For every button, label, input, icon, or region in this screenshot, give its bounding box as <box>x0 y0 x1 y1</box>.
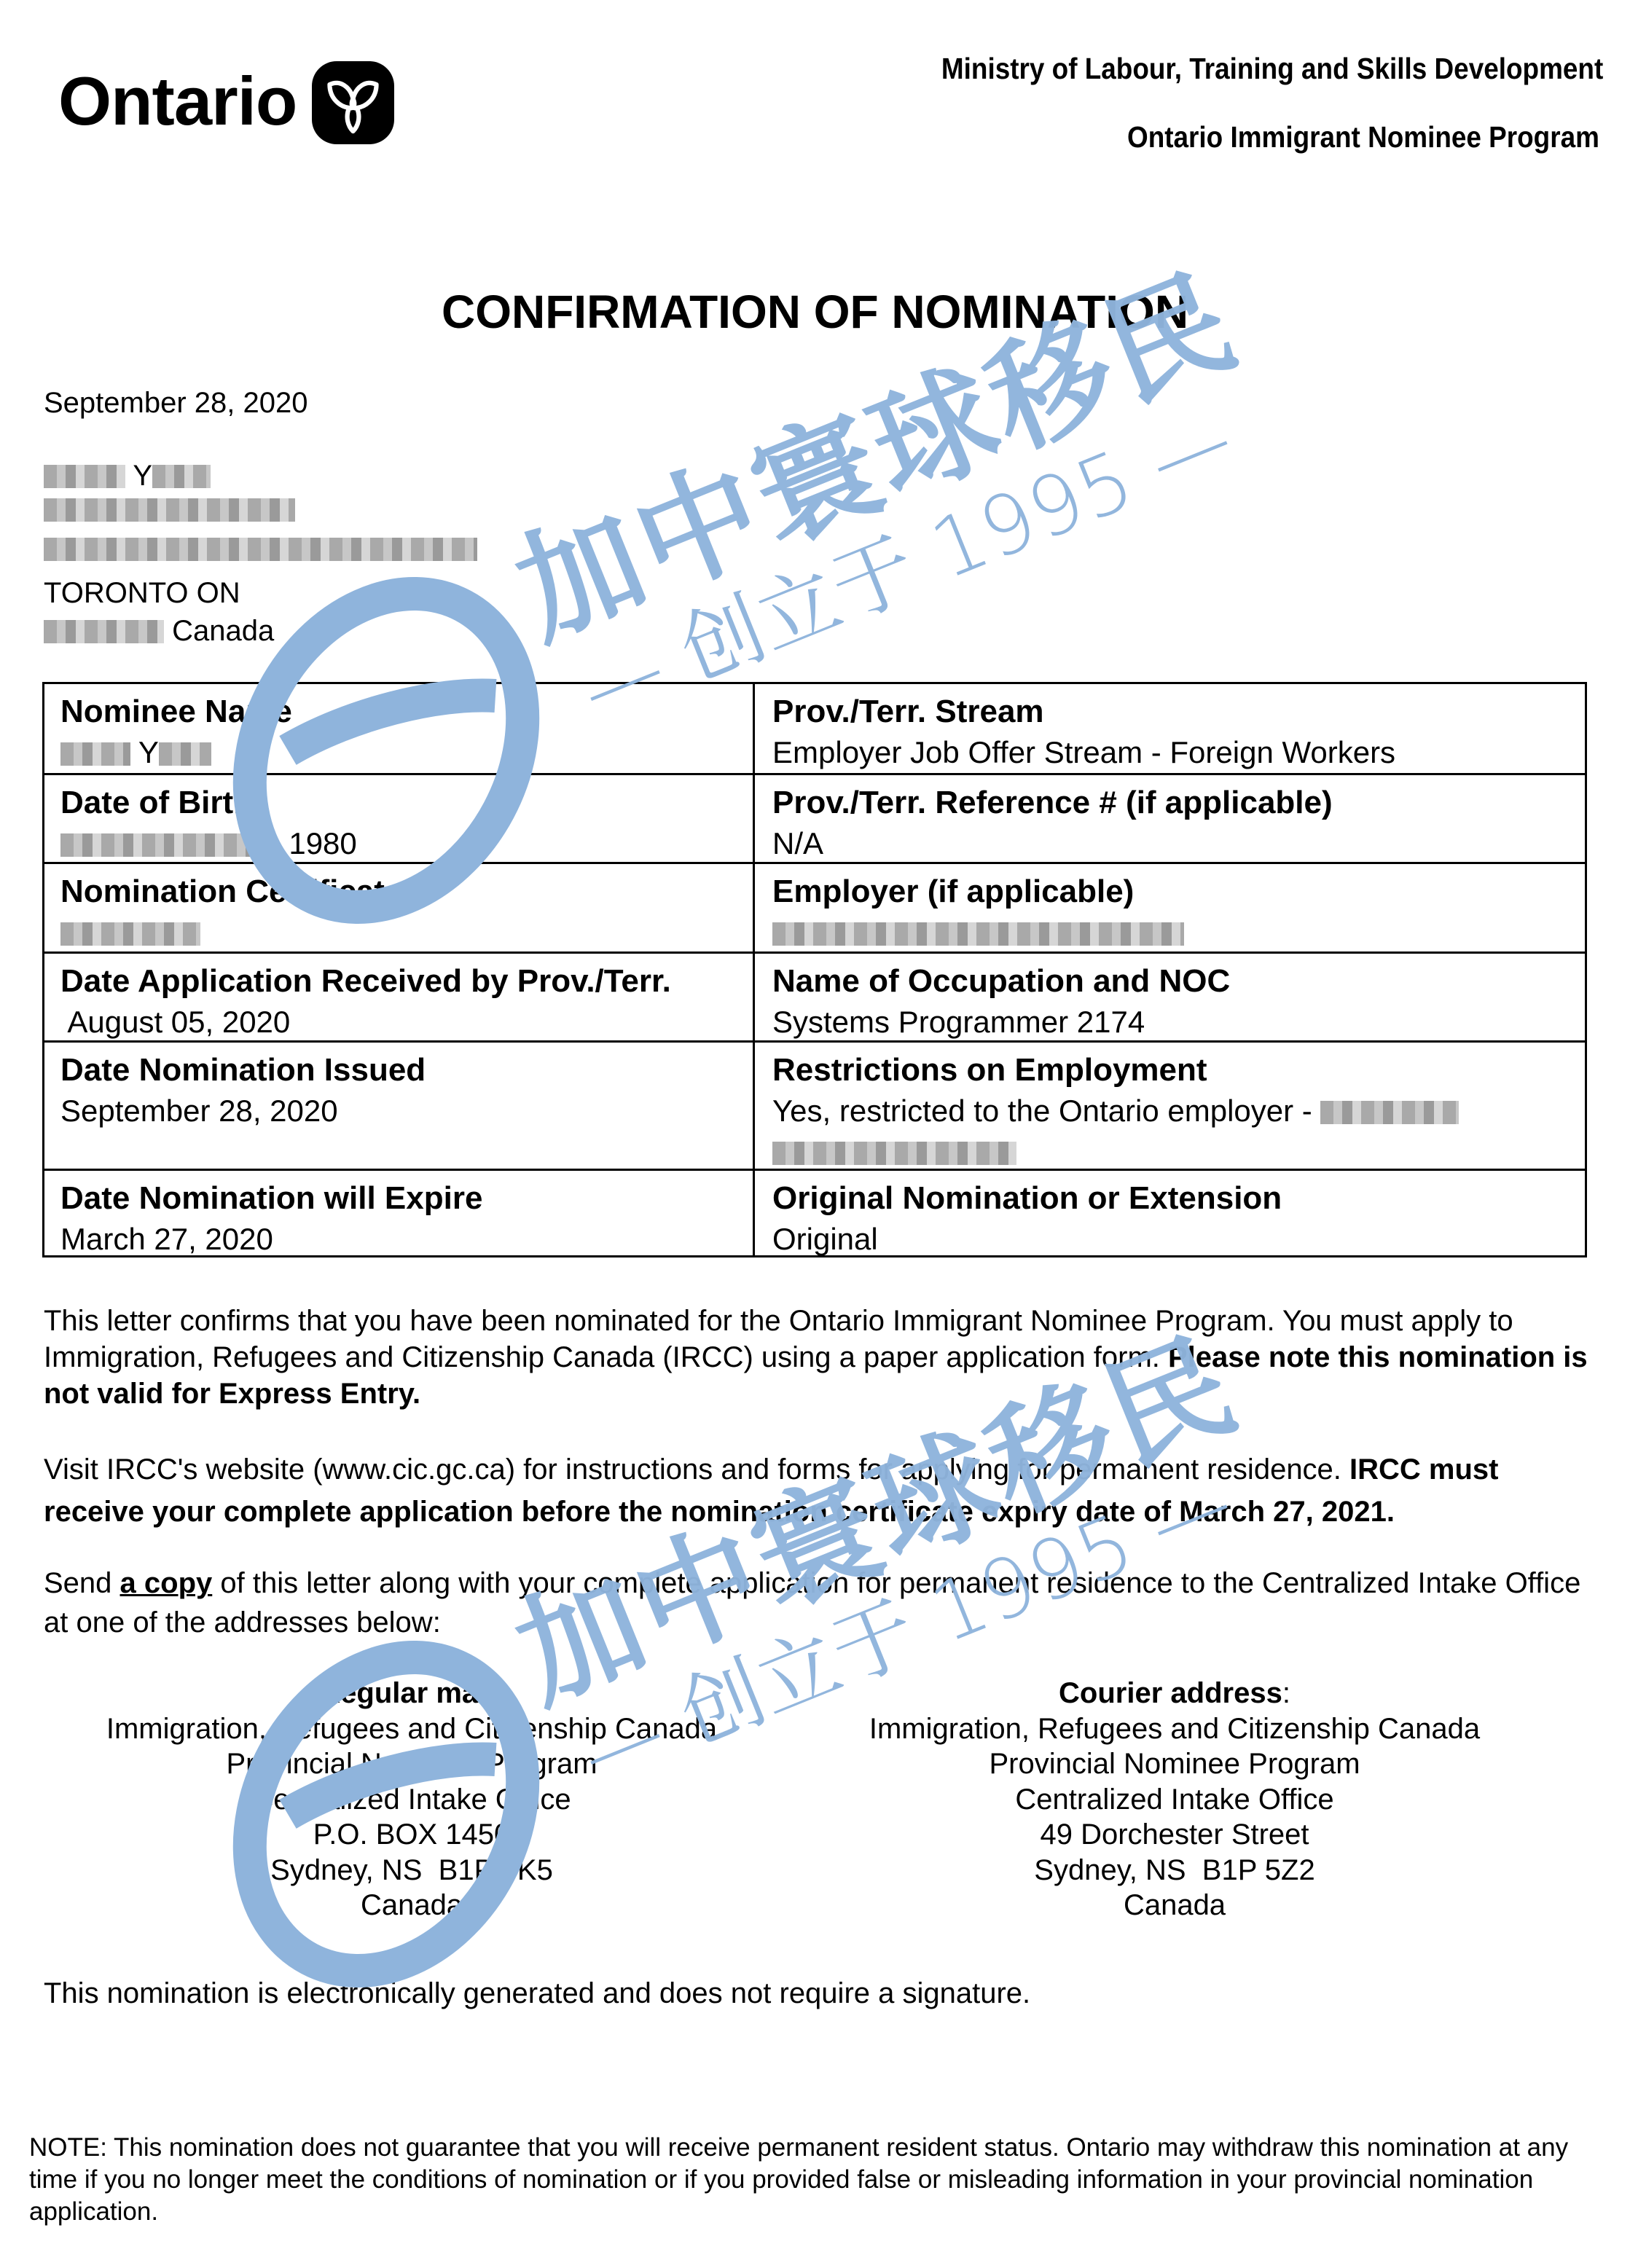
recipient-street <box>44 498 295 522</box>
a-copy-emphasis: a copy <box>120 1567 213 1599</box>
redacted-value <box>772 1142 1016 1165</box>
signature-note: This nomination is electronically genera… <box>44 1979 1030 2008</box>
recipient-name: Y <box>44 461 211 490</box>
cell-label: Date Nomination will Expire <box>60 1178 753 1219</box>
ontario-logo-wordmark: Ontario <box>58 67 297 136</box>
paragraph-ircc-instructions: Visit IRCC's website (www.cic.gc.ca) for… <box>44 1448 1596 1533</box>
reference-number-cell: Prov./Terr. Reference # (if applicable) … <box>755 775 1585 862</box>
address-line: Immigration, Refugees and Citizenship Ca… <box>847 1711 1502 1747</box>
cell-value: March 27, 2020 <box>60 1219 753 1260</box>
footer-note: NOTE: This nomination does not guarantee… <box>29 2132 1596 2228</box>
recipient-surname-initial: Y <box>133 460 152 492</box>
redacted-value <box>60 833 272 857</box>
redacted-value <box>60 922 200 946</box>
courier-address: Courier address: Immigration, Refugees a… <box>847 1676 1502 1923</box>
address-line: P.O. BOX 1450 <box>84 1817 740 1853</box>
redacted-value <box>60 742 130 766</box>
cell-label: Nomination Certificate <box>60 871 753 912</box>
paragraph-send-copy: Send a copy of this letter along with yo… <box>44 1563 1596 1642</box>
table-row: Nomination Certificate Employer (if appl… <box>44 862 1585 951</box>
cell-value: Original <box>772 1219 1585 1260</box>
redacted-value <box>1320 1101 1459 1124</box>
ministry-name: Ministry of Labour, Training and Skills … <box>941 54 1603 84</box>
table-row: Date Nomination Issued September 28, 202… <box>44 1040 1585 1169</box>
date-of-birth-cell: Date of Birth , 1980 <box>44 775 755 862</box>
address-line: Centralized Intake Office <box>847 1782 1502 1818</box>
paragraph-nomination-confirmation: This letter confirms that you have been … <box>44 1303 1596 1412</box>
nomination-details-table: Nominee Name Y Prov./Terr. Stream Employ… <box>42 682 1587 1257</box>
cell-label: Name of Occupation and NOC <box>772 961 1585 1002</box>
address-line: Provincial Nominee Program <box>84 1746 740 1782</box>
table-row: Date of Birth , 1980 Prov./Terr. Referen… <box>44 773 1585 862</box>
redacted-surname <box>152 465 211 488</box>
nomination-certificate-cell: Nomination Certificate <box>44 864 755 951</box>
redacted-postal-code <box>44 620 164 643</box>
nominee-name-cell: Nominee Name Y <box>44 684 755 773</box>
cell-value: Y <box>60 732 753 773</box>
cell-value: N/A <box>772 823 1585 864</box>
cell-label: Date Application Received by Prov./Terr. <box>60 961 753 1002</box>
original-or-extension-cell: Original Nomination or Extension Origina… <box>755 1171 1585 1255</box>
address-line: Canada <box>847 1888 1502 1923</box>
cell-value: , 1980 <box>60 823 753 864</box>
address-line: Sydney, NS B1P 6K5 <box>84 1853 740 1888</box>
date-application-received-cell: Date Application Received by Prov./Terr.… <box>44 954 755 1040</box>
redacted-address-line <box>44 538 477 561</box>
cell-value: August 05, 2020 <box>60 1002 753 1043</box>
cell-value: Employer Job Offer Stream - Foreign Work… <box>772 732 1585 773</box>
recipient-address-line <box>44 538 477 562</box>
cell-value <box>772 912 1585 953</box>
address-line: Sydney, NS B1P 5Z2 <box>847 1853 1502 1888</box>
date-nomination-issued-cell: Date Nomination Issued September 28, 202… <box>44 1043 755 1169</box>
recipient-country: Canada <box>172 615 274 647</box>
cell-label: Employer (if applicable) <box>772 871 1585 912</box>
address-line: Provincial Nominee Program <box>847 1746 1502 1782</box>
table-row: Date Nomination will Expire March 27, 20… <box>44 1169 1585 1255</box>
program-name: Ontario Immigrant Nominee Program <box>1127 122 1599 152</box>
occupation-noc-cell: Name of Occupation and NOC Systems Progr… <box>755 954 1585 1040</box>
restrictions-cell: Restrictions on Employment Yes, restrict… <box>755 1043 1585 1169</box>
address-line: Immigration, Refugees and Citizenship Ca… <box>84 1711 740 1747</box>
cell-label: Date Nomination Issued <box>60 1050 753 1091</box>
document-title: CONFIRMATION OF NOMINATION <box>0 289 1630 335</box>
table-row: Date Application Received by Prov./Terr.… <box>44 951 1585 1040</box>
recipient-country-line: Canada <box>44 616 274 646</box>
regular-mail-address: Regular mail: Immigration, Refugees and … <box>84 1676 740 1923</box>
cell-label: Prov./Terr. Reference # (if applicable) <box>772 782 1585 823</box>
table-row: Nominee Name Y Prov./Terr. Stream Employ… <box>44 684 1585 773</box>
cell-value: Yes, restricted to the Ontario employer … <box>772 1091 1585 1131</box>
address-line: Centralized Intake Office <box>84 1782 740 1818</box>
letter-date: September 28, 2020 <box>44 388 307 417</box>
stream-cell: Prov./Terr. Stream Employer Job Offer St… <box>755 684 1585 773</box>
address-line: 49 Dorchester Street <box>847 1817 1502 1853</box>
courier-heading: Courier address: <box>847 1676 1502 1711</box>
cell-value: Systems Programmer 2174 <box>772 1002 1585 1043</box>
cell-label: Original Nomination or Extension <box>772 1178 1585 1219</box>
address-line: Canada <box>84 1888 740 1923</box>
cell-value <box>60 912 753 953</box>
employer-cell: Employer (if applicable) <box>755 864 1585 951</box>
cell-label: Nominee Name <box>60 691 753 732</box>
redacted-value <box>159 742 211 766</box>
cell-value: September 28, 2020 <box>60 1091 753 1131</box>
cell-label: Prov./Terr. Stream <box>772 691 1585 732</box>
regular-mail-heading: Regular mail: <box>84 1676 740 1711</box>
trillium-icon <box>312 61 394 144</box>
date-nomination-expire-cell: Date Nomination will Expire March 27, 20… <box>44 1171 755 1255</box>
redacted-first-name <box>44 465 125 488</box>
redacted-street <box>44 498 295 522</box>
redacted-value <box>772 922 1184 946</box>
recipient-city: TORONTO ON <box>44 578 240 608</box>
cell-label: Date of Birth <box>60 782 753 823</box>
cell-label: Restrictions on Employment <box>772 1050 1585 1091</box>
cell-value-continued <box>772 1131 1585 1172</box>
